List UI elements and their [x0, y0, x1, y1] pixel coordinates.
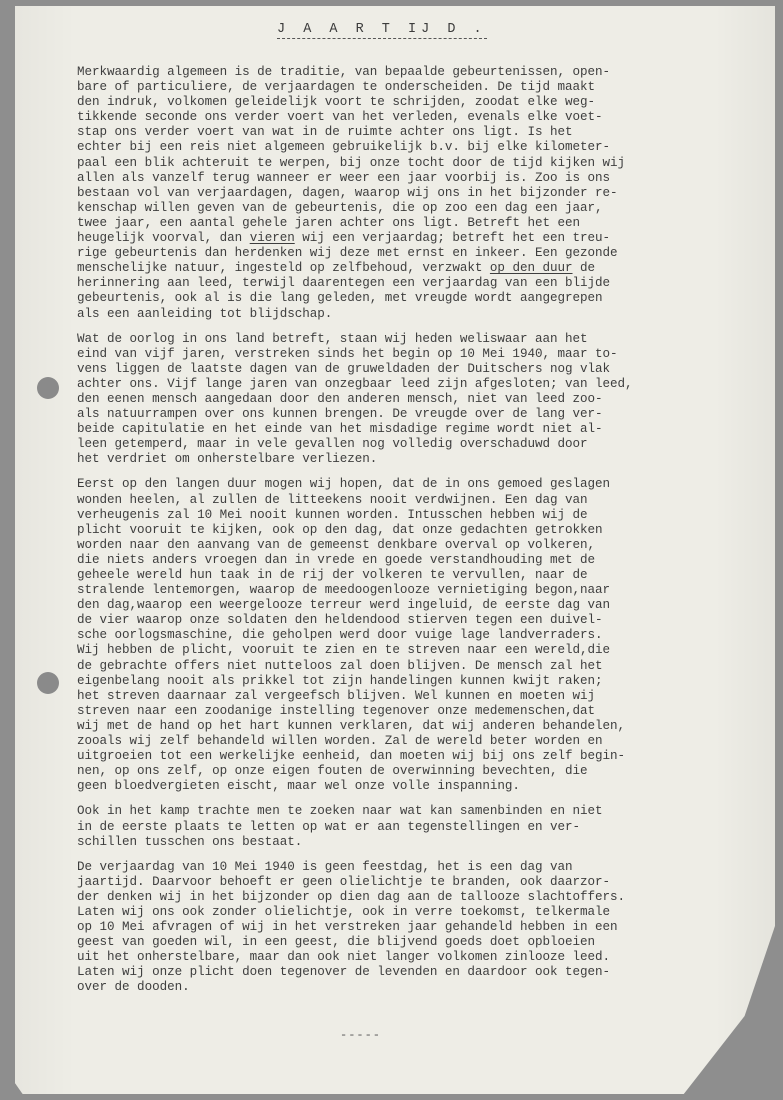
document-page: J A A R T IJ D . Merkwaardig algemeen is…: [15, 6, 775, 1094]
text-line: Merkwaardig algemeen is de traditie, van…: [77, 65, 747, 80]
text-line: rige gebeurtenis dan herdenken wij deze …: [77, 246, 747, 261]
text-line: den indruk, volkomen geleidelijk voort t…: [77, 95, 747, 110]
text-line: sche oorlogsmaschine, die geholpen werd …: [77, 628, 747, 643]
text-line: wij met de hand op het hart kunnen verkl…: [77, 719, 747, 734]
text-line: jaartijd. Daarvoor behoeft er geen oliel…: [77, 875, 747, 890]
text-line: Wij hebben de plicht, vooruit te zien en…: [77, 643, 747, 658]
text-line: streven naar een zoodanige instelling te…: [77, 704, 747, 719]
text-line: geest van goeden wil, in een geest, die …: [77, 935, 747, 950]
text-line: eind van vijf jaren, verstreken sinds he…: [77, 347, 747, 362]
text-line: paal een blik achteruit te werpen, bij o…: [77, 156, 747, 171]
text-line: stralende lentemorgen, waarop de meedoog…: [77, 583, 747, 598]
text-line: als een aanleiding tot blijdschap.: [77, 307, 747, 322]
text-line: Wat de oorlog in ons land betreft, staan…: [77, 332, 747, 347]
text-line: heugelijk voorval, dan vieren wij een ve…: [77, 231, 747, 246]
text-line: den dag,waarop een weergelooze terreur w…: [77, 598, 747, 613]
underlined-phrase: op den duur: [490, 261, 573, 275]
text-line: leen getemperd, maar in vele gevallen no…: [77, 437, 747, 452]
text-line: zooals wij zelf behandeld willen worden.…: [77, 734, 747, 749]
text-line: het streven daarnaar zal vergeefsch blij…: [77, 689, 747, 704]
text-line: plicht vooruit te kijken, ook op den dag…: [77, 523, 747, 538]
paragraph-4: Ook in het kamp trachte men te zoeken na…: [77, 804, 747, 849]
text-line: schillen tusschen ons bestaat.: [77, 835, 747, 850]
text-line: Eerst op den langen duur mogen wij hopen…: [77, 477, 747, 492]
text-line: uit het onherstelbare, maar dan ook niet…: [77, 950, 747, 965]
text-line: twee jaar, een aantal gehele jaren achte…: [77, 216, 747, 231]
text-line: stap ons verder voert van wat in de ruim…: [77, 125, 747, 140]
document-title: J A A R T IJ D .: [277, 22, 487, 39]
text-line: achter ons. Vijf lange jaren van onzegba…: [77, 377, 747, 392]
text-line: op 10 Mei afvragen of wij in het verstre…: [77, 920, 747, 935]
text-line: wonden heelen, al zullen de litteekens n…: [77, 493, 747, 508]
text-line: menschelijke natuur, ingesteld op zelfbe…: [77, 261, 747, 276]
text-line: bare of particuliere, de verjaardagen te…: [77, 80, 747, 95]
text-line: over de dooden.: [77, 980, 747, 995]
text-line: der denken wij in het bijzonder op dien …: [77, 890, 747, 905]
text-line: Laten wij onze plicht doen tegenover de …: [77, 965, 747, 980]
text-line: allen als vanzelf terug wanneer er weer …: [77, 171, 747, 186]
text-line: nen, op ons zelf, op onze eigen fouten d…: [77, 764, 747, 779]
text-line: Laten wij ons ook zonder olielichtje, oo…: [77, 905, 747, 920]
text-line: die niets anders vroegen dan in vrede en…: [77, 553, 747, 568]
text-line: herinnering aan leed, terwijl daarentege…: [77, 276, 747, 291]
document-body: Merkwaardig algemeen is de traditie, van…: [77, 65, 747, 1006]
text-line: geen bloedvergieten eischt, maar wel onz…: [77, 779, 747, 794]
text-line: het verdriet om onherstelbare verliezen.: [77, 452, 747, 467]
text-line: in de eerste plaats te letten op wat er …: [77, 820, 747, 835]
text-line: gebeurtenis, ook al is die lang geleden,…: [77, 291, 747, 306]
text-line: beide capitulatie en het einde van het m…: [77, 422, 747, 437]
text-line: tikkende seconde ons verder voert van he…: [77, 110, 747, 125]
text-line: eigenbelang nooit als prikkel tot zijn h…: [77, 674, 747, 689]
text-line: de gebrachte offers niet nutteloos zal d…: [77, 659, 747, 674]
text-line: verheugenis zal 10 Mei nooit kunnen word…: [77, 508, 747, 523]
text-line: de vier waarop onze soldaten den heldend…: [77, 613, 747, 628]
underlined-phrase: vieren: [250, 231, 295, 245]
paragraph-3: Eerst op den langen duur mogen wij hopen…: [77, 477, 747, 794]
text-line: Ook in het kamp trachte men te zoeken na…: [77, 804, 747, 819]
text-line: uitgroeien tot een werkelijke eenheid, d…: [77, 749, 747, 764]
text-line: als natuurrampen over ons kunnen brengen…: [77, 407, 747, 422]
punch-hole-lower: [37, 672, 59, 694]
paragraph-5: De verjaardag van 10 Mei 1940 is geen fe…: [77, 860, 747, 996]
punch-hole-upper: [37, 377, 59, 399]
end-separator: -----: [340, 1028, 381, 1042]
text-line: kenschap willen geven van de gebeurtenis…: [77, 201, 747, 216]
text-line: worden naar den aanvang van de gemeenst …: [77, 538, 747, 553]
text-line: echter bij een reis niet algemeen gebrui…: [77, 140, 747, 155]
text-line: bestaan vol van verjaardagen, dagen, waa…: [77, 186, 747, 201]
paragraph-1: Merkwaardig algemeen is de traditie, van…: [77, 65, 747, 322]
text-line: vens liggen de laatste dagen van de gruw…: [77, 362, 747, 377]
paragraph-2: Wat de oorlog in ons land betreft, staan…: [77, 332, 747, 468]
text-line: den eenen mensch aangedaan door den ande…: [77, 392, 747, 407]
text-line: geheele wereld hun taak in de rij der vo…: [77, 568, 747, 583]
text-line: De verjaardag van 10 Mei 1940 is geen fe…: [77, 860, 747, 875]
